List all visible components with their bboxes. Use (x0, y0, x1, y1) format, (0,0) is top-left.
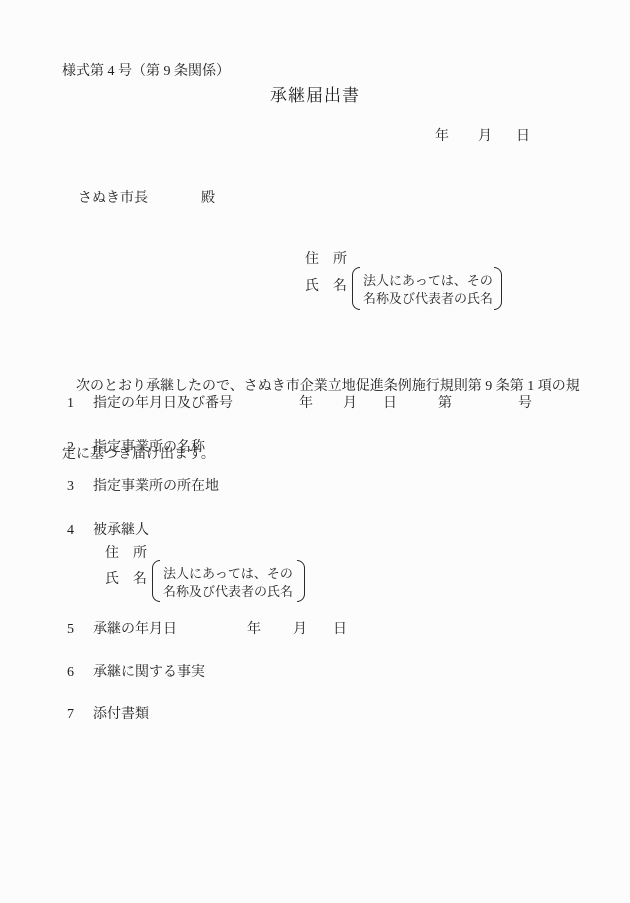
item3-number: 3 (67, 479, 74, 496)
applicant-name-label: 氏 名 (305, 279, 347, 296)
item5-year-label: 年 (247, 622, 261, 639)
item5-month-label: 月 (293, 622, 307, 639)
item7-label: 添付書類 (93, 707, 149, 724)
corp-note-line2: 名称及び代表者の氏名 (363, 290, 493, 308)
item1-day-label: 日 (383, 396, 397, 413)
date-month-label: 月 (478, 129, 492, 146)
item4-corp-note-bracket-left (152, 560, 160, 602)
corp-note-bracket-right (494, 267, 502, 310)
item6-number: 6 (67, 665, 74, 682)
item5-label: 承継の年月日 (93, 622, 177, 639)
item7-number: 7 (67, 707, 74, 724)
applicant-address-label: 住 所 (305, 252, 347, 269)
document-title: 承継届出書 (0, 86, 630, 106)
form-number: 様式第 4 号（第 9 条関係） (62, 64, 230, 81)
item4-corp-note-line1: 法人にあっては、その (163, 565, 293, 583)
item2-label: 指定事業所の名称 (93, 440, 205, 457)
date-year-label: 年 (435, 129, 449, 146)
item1-month-label: 月 (343, 396, 357, 413)
item1-number: 1 (67, 396, 74, 413)
addressee-honorific: 殿 (201, 191, 215, 208)
item4-label: 被承継人 (93, 523, 149, 540)
item3-label: 指定事業所の所在地 (93, 479, 219, 496)
item1-label: 指定の年月日及び番号 (93, 396, 233, 413)
addressee-name: さぬき市長 (78, 191, 148, 208)
item4-number: 4 (67, 523, 74, 540)
item5-number: 5 (67, 622, 74, 639)
document-page: 様式第 4 号（第 9 条関係） 承継届出書 年 月 日 さぬき市長 殿 住 所… (0, 0, 630, 903)
corp-note-line1: 法人にあっては、その (363, 272, 493, 290)
corp-note-bracket-left (352, 267, 360, 310)
item5-day-label: 日 (333, 622, 347, 639)
item6-label: 承継に関する事実 (93, 665, 205, 682)
item4-name-label: 氏 名 (105, 572, 147, 589)
item4-corp-note-line2: 名称及び代表者の氏名 (163, 583, 293, 601)
item1-number-suffix: 号 (518, 396, 532, 413)
item4-address-label: 住 所 (105, 546, 147, 563)
item4-corp-note-bracket-right (297, 560, 305, 602)
date-day-label: 日 (516, 129, 530, 146)
item2-number: 2 (67, 440, 74, 457)
item1-number-prefix: 第 (438, 396, 452, 413)
item1-year-label: 年 (299, 396, 313, 413)
